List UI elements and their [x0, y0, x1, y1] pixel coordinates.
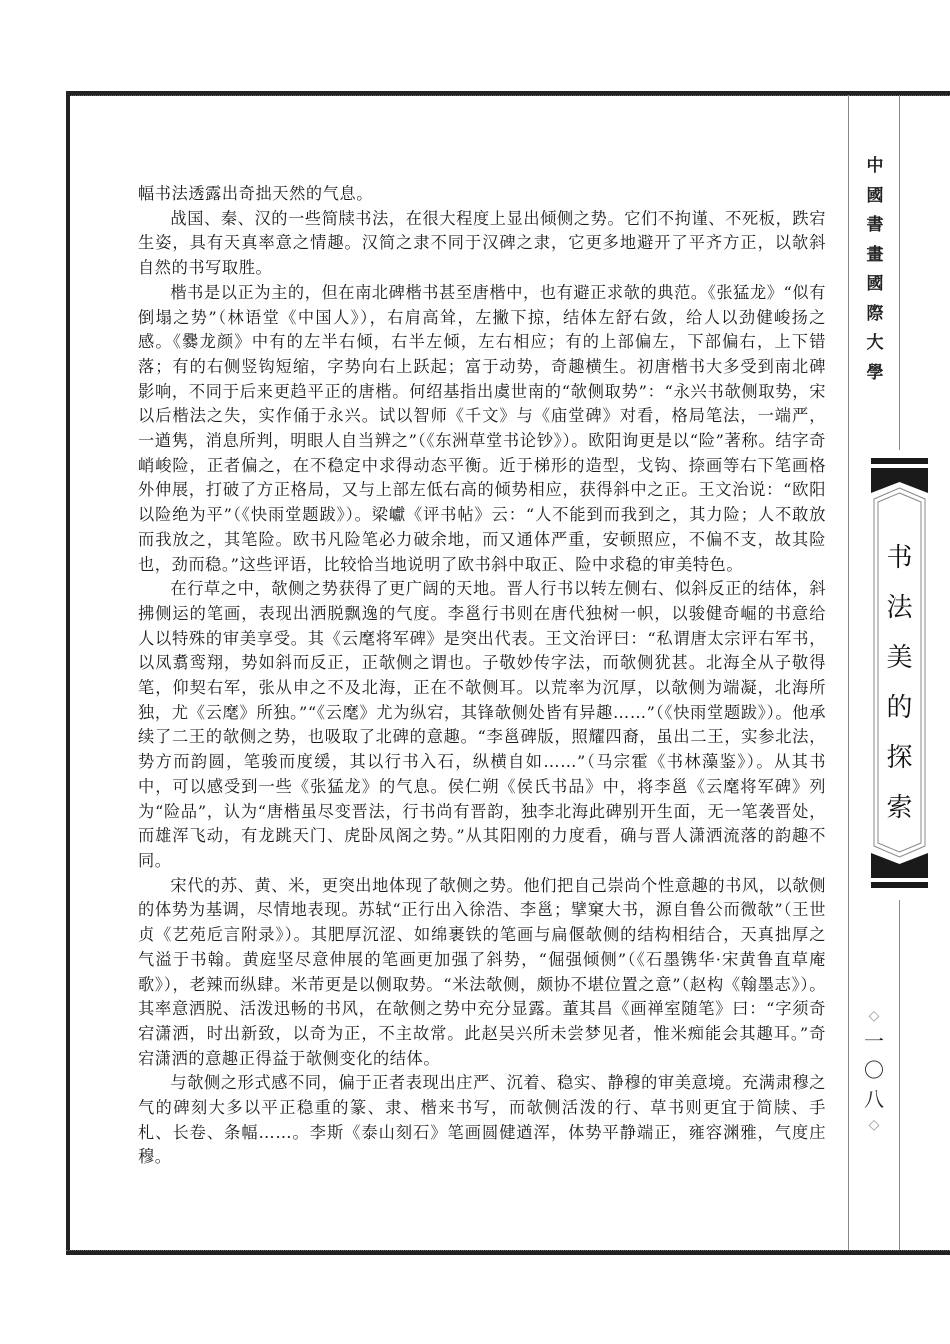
- univ-char: 國: [867, 182, 884, 212]
- diamond-ornament-icon: ◇: [869, 1005, 880, 1027]
- banner-bar-bottom: [871, 882, 928, 888]
- page-frame-top: [66, 91, 950, 96]
- paragraph: 战国、秦、汉的一些简牍书法，在很大程度上显出倾侧之势。它们不拘谨、不死板，跌宕生…: [138, 207, 826, 281]
- paragraph: 幅书法透露出奇拙天然的气息。: [138, 182, 826, 207]
- univ-char: 際: [867, 300, 884, 330]
- body-text: 幅书法透露出奇拙天然的气息。 战国、秦、汉的一些简牍书法，在很大程度上显出倾侧之…: [138, 182, 826, 1170]
- title-char: 索: [886, 783, 912, 833]
- paragraph: 与欹侧之形式感不同，偏于正者表现出庄严、沉着、稳实、静穆的审美意境。充满肃穆之气…: [138, 1071, 826, 1170]
- chapter-title: 书 法 美 的 探 索: [871, 533, 928, 833]
- title-char: 的: [886, 683, 912, 733]
- univ-char: 畫: [867, 241, 884, 271]
- univ-char: 大: [867, 329, 884, 359]
- diamond-ornament-icon: ◇: [869, 1114, 880, 1136]
- paragraph: 宋代的苏、黄、米，更突出地体现了欹侧之势。他们把自己崇尚个性意趣的书风，以欹侧的…: [138, 874, 826, 1072]
- page-digit: 八: [864, 1085, 884, 1114]
- title-char: 法: [886, 583, 912, 633]
- title-char: 探: [886, 733, 912, 783]
- univ-char: 書: [867, 211, 884, 241]
- title-char: 美: [886, 633, 912, 683]
- column-rule-right-bottom: [899, 900, 900, 1250]
- paragraph: 在行草之中，欹侧之势获得了更广阔的天地。晋人行书以转左侧右、似斜反正的结体，斜拂…: [138, 577, 826, 873]
- page-digit: 一: [864, 1027, 884, 1056]
- university-label: 中 國 書 畫 國 際 大 學: [862, 152, 888, 388]
- univ-char: 學: [867, 359, 884, 389]
- univ-char: 中: [867, 152, 884, 182]
- page-frame-left: [66, 91, 70, 1255]
- column-rule-right-top: [899, 95, 900, 450]
- chapter-banner: 书 法 美 的 探 索: [871, 458, 928, 888]
- banner-bar-top: [871, 458, 928, 464]
- page-digit: 〇: [864, 1056, 884, 1085]
- univ-char: 國: [867, 270, 884, 300]
- paragraph: 楷书是以正为主的，但在南北碑楷书甚至唐楷中，也有避正求欹的典范。《张猛龙》“似有…: [138, 281, 826, 577]
- page-number: ◇ 一 〇 八 ◇: [860, 1005, 888, 1136]
- page-frame-bottom: [66, 1250, 950, 1255]
- title-char: 书: [886, 533, 912, 583]
- column-rule-left: [848, 95, 849, 1250]
